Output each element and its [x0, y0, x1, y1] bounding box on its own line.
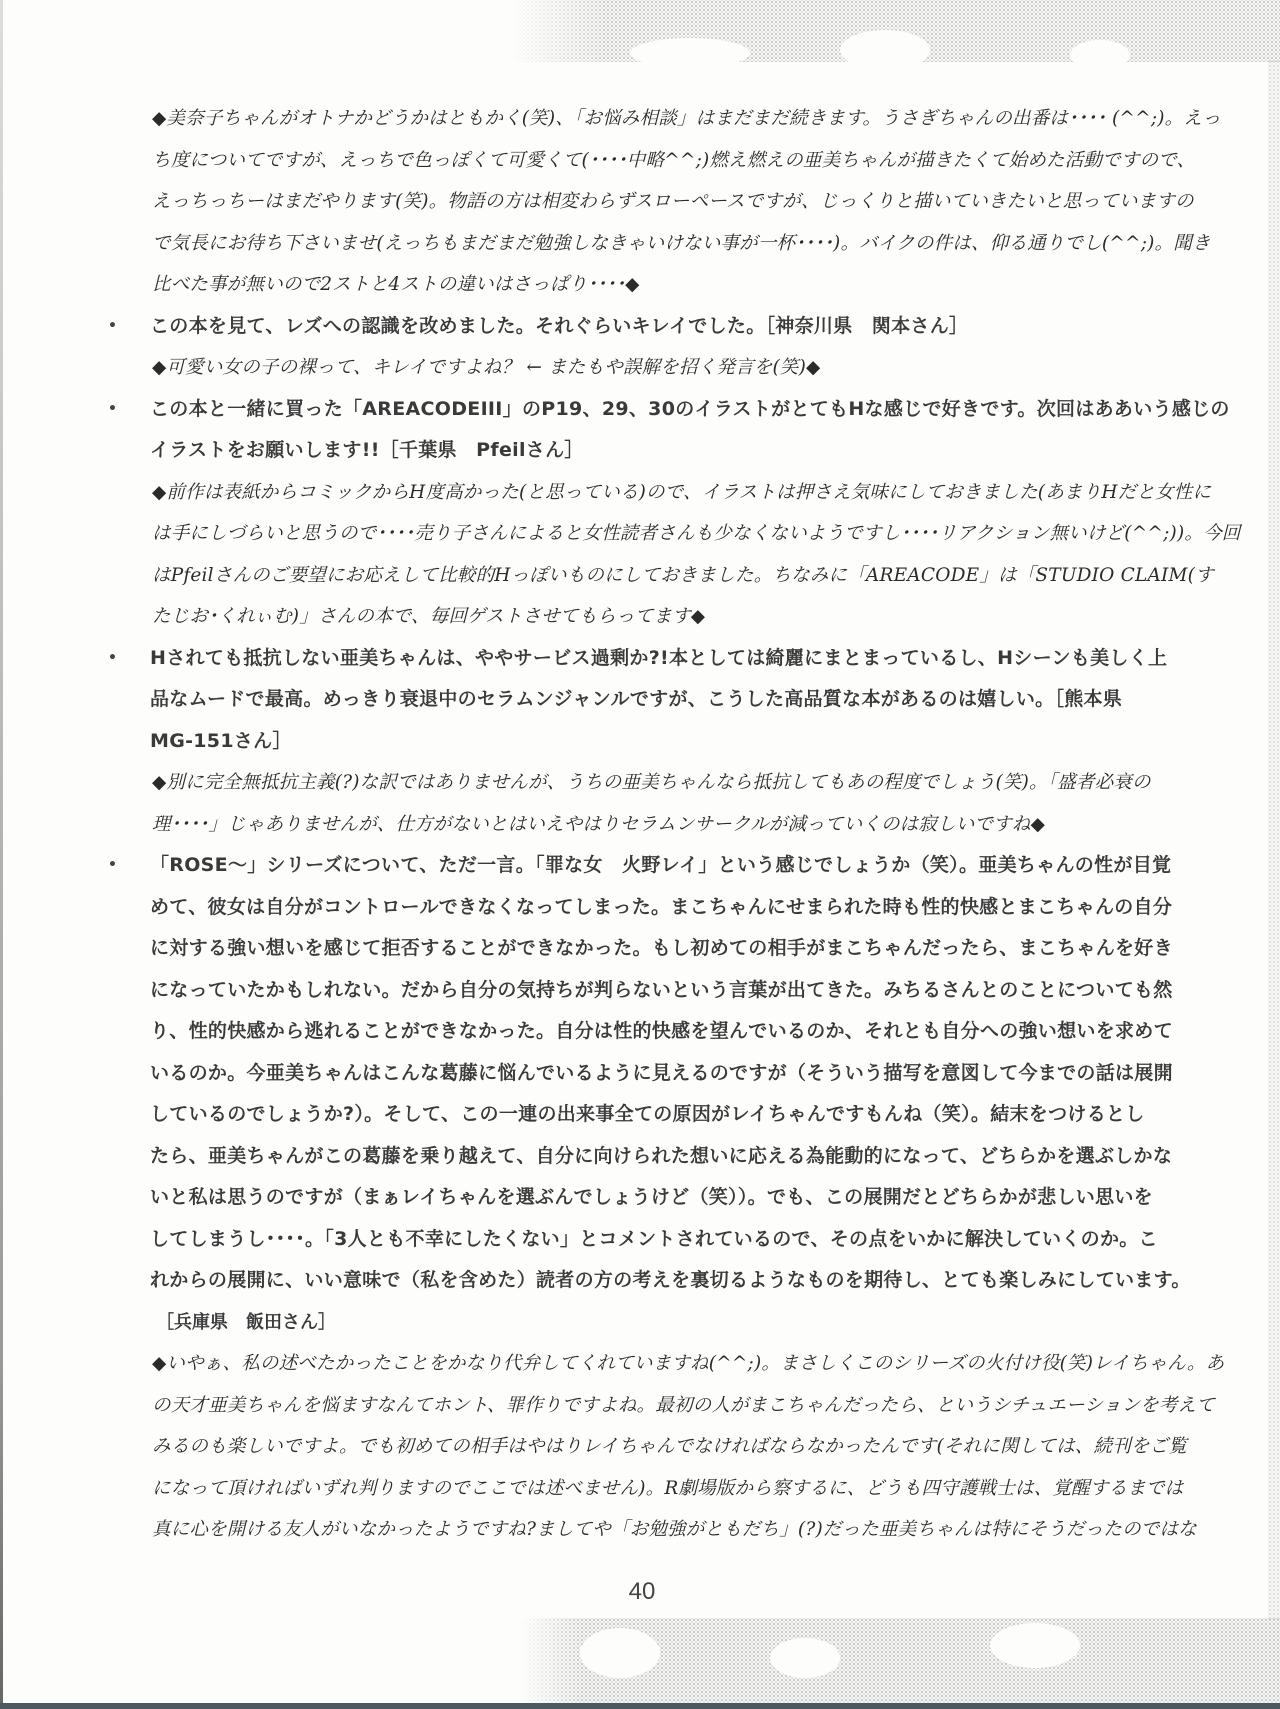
reply-line: ◆いやぁ、私の述べたかったことをかなり代弁してくれていますね(^^;)。まさしく… [100, 1343, 1200, 1385]
page-bottom-edge [0, 1703, 1280, 1709]
comment-line: いるのか。今亜美ちゃんはこんな葛藤に悩んでいるように見えるのですが（そういう描写… [100, 1053, 1200, 1095]
page-left-edge [0, 0, 3, 1709]
scanned-page: ◆美奈子ちゃんがオトナかどうかはともかく(笑)、「お悩み相談」はまだまだ続きます… [0, 0, 1280, 1709]
comment-line: • 「ROSE～」シリーズについて、ただ一言。「罪な女 火野レイ」という感じでし… [100, 845, 1200, 887]
decorative-halftone-art-bottom [520, 1618, 1280, 1703]
comment-line: 品なムードで最高。めっきり衰退中のセラムンジャンルですが、こうした高品質な本があ… [100, 679, 1200, 721]
comment-line: に対する強い想いを感じて拒否することができなかった。もし初めての相手がまこちゃん… [100, 928, 1200, 970]
bullet-icon: • [108, 389, 117, 431]
comment-line: • この本と一緒に買った「AREACODEIII」のP19、29、30のイラスト… [100, 389, 1200, 431]
reply-line: ◆前作は表紙からコミックからH度高かった(と思っている)ので、イラストは押さえ気… [100, 472, 1200, 514]
comment-line: しているのでしょうか?）。そして、この一連の出来事全ての原因がレイちゃんですもん… [100, 1094, 1200, 1136]
reply-line: たじお･くれぃむ)」さんの本で、毎回ゲストさせてもらってます◆ [100, 596, 1200, 638]
author-reply: ◆別に完全無抵抗主義(?)な訳ではありませんが、うちの亜美ちゃんなら抵抗してもあ… [100, 762, 1200, 845]
comment-line: れからの展開に、いい意味で（私を含めた）読者の方の考えを裏切るようなものを期待し… [100, 1260, 1200, 1302]
bullet-icon: • [108, 638, 117, 680]
reply-line: えっちっちーはまだやります(笑)。物語の方は相変わらずスローペースですが、じっく… [100, 181, 1200, 223]
author-reply: ◆前作は表紙からコミックからH度高かった(と思っている)ので、イラストは押さえ気… [100, 472, 1200, 638]
reply-line: ◆別に完全無抵抗主義(?)な訳ではありませんが、うちの亜美ちゃんなら抵抗してもあ… [100, 762, 1200, 804]
reader-comment: • 「ROSE～」シリーズについて、ただ一言。「罪な女 火野レイ」という感じでし… [100, 845, 1200, 1343]
letters-column: ◆美奈子ちゃんがオトナかどうかはともかく(笑)、「お悩み相談」はまだまだ続きます… [100, 98, 1200, 1551]
reply-line: の天才亜美ちゃんを悩ますなんてホント、罪作りですよね。最初の人がまこちゃんだった… [100, 1385, 1200, 1427]
decorative-halftone-art-top [510, 0, 1280, 62]
bullet-icon: • [108, 306, 117, 348]
reader-comment: • Hされても抵抗しない亜美ちゃんは、ややサービス過剰か?!本としては綺麗にまと… [100, 638, 1200, 763]
reply-line: になって頂ければいずれ判りますのでここでは述べません)。R劇場版から察するに、ど… [100, 1468, 1200, 1510]
comment-line: MG-151さん］ [100, 721, 1200, 763]
reply-line: は手にしづらいと思うので････売り子さんによると女性読者さんも少なくないようで… [100, 513, 1200, 555]
comment-line: り、性的快感から逃れることができなかった。自分は性的快感を望んでいるのか、それと… [100, 1011, 1200, 1053]
comment-line: たら、亜美ちゃんがこの葛藤を乗り越えて、自分に向けられた想いに応える為能動的にな… [100, 1136, 1200, 1178]
comment-line: してしまうし････。「3人とも不幸にしたくない」とコメントされているので、その… [100, 1219, 1200, 1261]
comment-text: 「ROSE～」シリーズについて、ただ一言。「罪な女 火野レイ」という感じでしょう… [150, 854, 1171, 876]
comment-line: • Hされても抵抗しない亜美ちゃんは、ややサービス過剰か?!本としては綺麗にまと… [100, 638, 1200, 680]
author-reply: ◆いやぁ、私の述べたかったことをかなり代弁してくれていますね(^^;)。まさしく… [100, 1343, 1200, 1551]
decorative-halftone-right-edge [1268, 60, 1280, 1620]
reply-line: ち度についてですが、えっちで色っぽくて可愛くて(････中略^^;)燃え燃えの亜… [100, 140, 1200, 182]
author-reply: ◆美奈子ちゃんがオトナかどうかはともかく(笑)、「お悩み相談」はまだまだ続きます… [100, 98, 1200, 306]
comment-line: イラストをお願いします!!［千葉県 Pfeilさん］ [100, 430, 1200, 472]
bullet-icon: • [108, 845, 117, 887]
reply-line: ◆美奈子ちゃんがオトナかどうかはともかく(笑)、「お悩み相談」はまだまだ続きます… [100, 98, 1200, 140]
reader-comment: • この本を見て、レズへの認識を改めました。それぐらいキレイでした。［神奈川県 … [100, 306, 1200, 348]
comment-line: いと私は思うのですが（まぁレイちゃんを選ぶんでしょうけど（笑））。でも、この展開… [100, 1177, 1200, 1219]
reply-line: 真に心を開ける友人がいなかったようですね?ましてや「お勉強がともだち」(?)だっ… [100, 1509, 1200, 1551]
comment-text: この本と一緒に買った「AREACODEIII」のP19、29、30のイラストがと… [150, 398, 1230, 420]
reader-comment: • この本と一緒に買った「AREACODEIII」のP19、29、30のイラスト… [100, 389, 1200, 472]
reply-line: で気長にお待ち下さいませ(えっちもまだまだ勉強しなきゃいけない事が一杯････)… [100, 223, 1200, 265]
author-reply: ◆可愛い女の子の裸って、キレイですよね？ ← またもや誤解を招く発言を(笑)◆ [100, 347, 1200, 389]
comment-line: になっていたかもしれない。だから自分の気持ちが判らないという言葉が出てきた。みち… [100, 970, 1200, 1012]
comment-line: • この本を見て、レズへの認識を改めました。それぐらいキレイでした。［神奈川県 … [100, 306, 1200, 348]
reply-line: みるのも楽しいですよ。でも初めての相手はやはりレイちゃんでなければならなかったん… [100, 1426, 1200, 1468]
reader-signature: ［兵庫県 飯田さん］ [100, 1302, 1200, 1344]
reply-line: ◆可愛い女の子の裸って、キレイですよね？ ← またもや誤解を招く発言を(笑)◆ [100, 347, 1200, 389]
reply-line: 比べた事が無いので2ストと4ストの違いはさっぱり････◆ [100, 264, 1200, 306]
comment-line: めて、彼女は自分がコントロールできなくなってしまった。まこちゃんにせまられた時も… [100, 887, 1200, 929]
comment-text: この本を見て、レズへの認識を改めました。それぐらいキレイでした。［神奈川県 関本… [150, 315, 968, 337]
reply-line: 理････」じゃありませんが、仕方がないとはいえやはりセラムンサークルが減ってい… [100, 804, 1200, 846]
comment-text: Hされても抵抗しない亜美ちゃんは、ややサービス過剰か?!本としては綺麗にまとまっ… [150, 647, 1167, 669]
page-number: 40 [612, 1578, 672, 1606]
reply-line: はPfeilさんのご要望にお応えして比較的Hっぽいものにしておきました。ちなみに… [100, 555, 1200, 597]
